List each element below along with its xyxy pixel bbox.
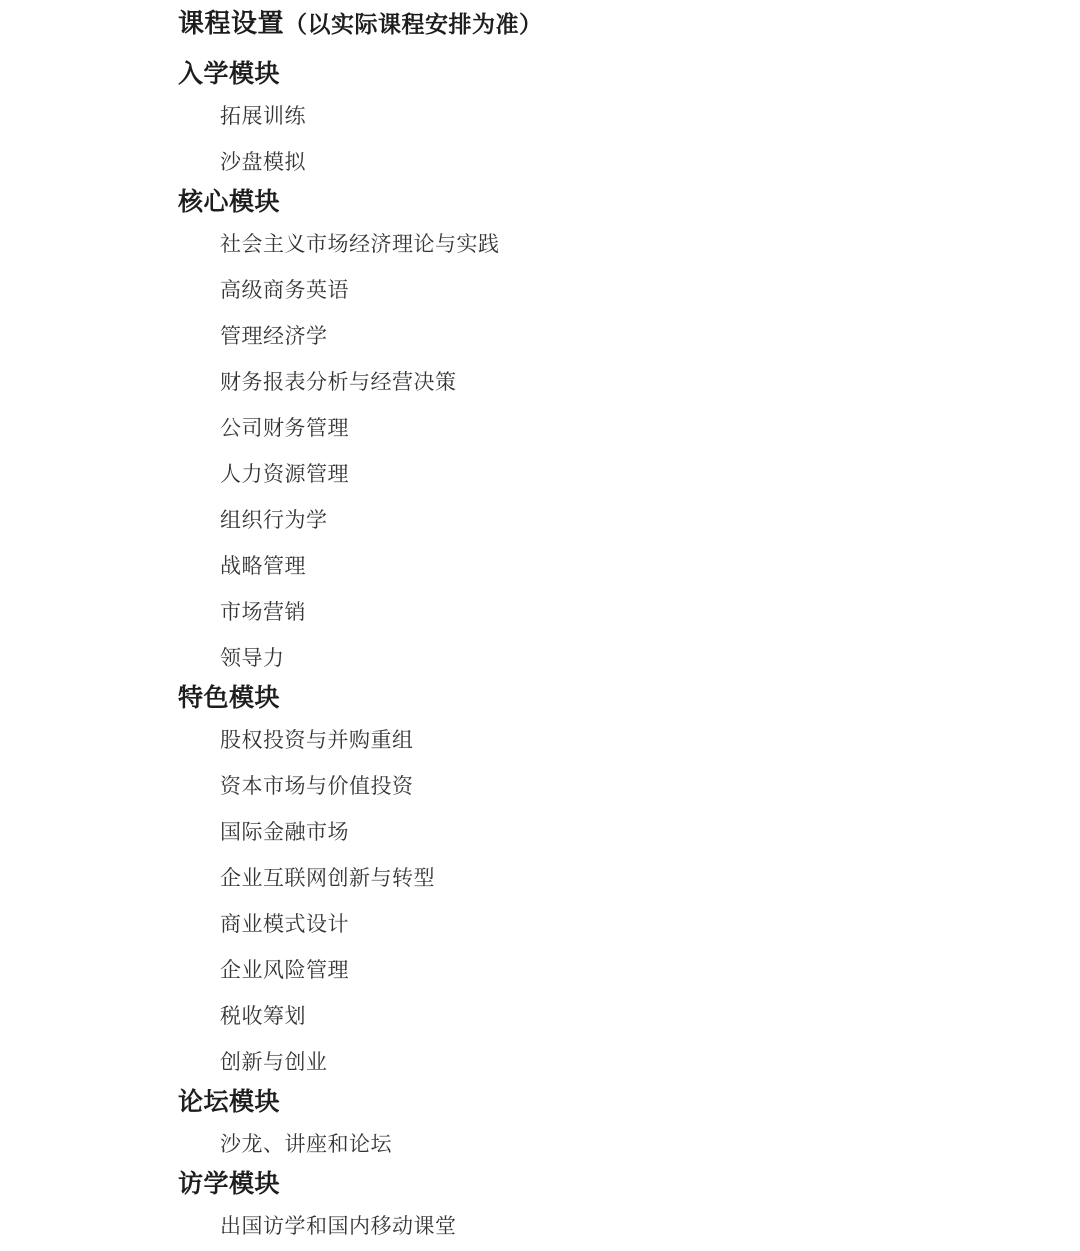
course-item: 国际金融市场	[220, 818, 1040, 846]
course-item: 高级商务英语	[220, 276, 1040, 304]
section-heading-study-tour: 访学模块	[178, 1170, 1040, 1200]
course-item: 公司财务管理	[220, 414, 1040, 442]
course-item: 组织行为学	[220, 506, 1040, 534]
course-item: 领导力	[220, 644, 1040, 672]
page-title-main: 课程设置	[178, 9, 284, 38]
course-item: 沙盘模拟	[220, 148, 1040, 176]
course-item: 商业模式设计	[220, 910, 1040, 938]
course-item: 战略管理	[220, 552, 1040, 580]
course-item: 社会主义市场经济理论与实践	[220, 230, 1040, 258]
course-item: 管理经济学	[220, 322, 1040, 350]
section-heading-forum: 论坛模块	[178, 1088, 1040, 1118]
course-item: 人力资源管理	[220, 460, 1040, 488]
course-item: 资本市场与价值投资	[220, 772, 1040, 800]
course-item: 财务报表分析与经营决策	[220, 368, 1040, 396]
course-item: 股权投资与并购重组	[220, 726, 1040, 754]
course-item: 市场营销	[220, 598, 1040, 626]
course-item: 企业风险管理	[220, 956, 1040, 984]
course-item: 创新与创业	[220, 1048, 1040, 1076]
course-item: 沙龙、讲座和论坛	[220, 1130, 1040, 1158]
section-heading-core: 核心模块	[178, 188, 1040, 218]
course-item: 出国访学和国内移动课堂	[220, 1212, 1040, 1240]
page-title: 课程设置（以实际课程安排为准）	[178, 8, 1040, 41]
section-heading-enrollment: 入学模块	[178, 60, 1040, 90]
course-setup-document: 课程设置（以实际课程安排为准） 入学模块 拓展训练 沙盘模拟 核心模块 社会主义…	[0, 0, 1080, 1251]
section-heading-feature: 特色模块	[178, 684, 1040, 714]
page-title-note: （以实际课程安排为准）	[284, 12, 543, 37]
course-item: 税收筹划	[220, 1002, 1040, 1030]
course-item: 拓展训练	[220, 102, 1040, 130]
course-item: 企业互联网创新与转型	[220, 864, 1040, 892]
